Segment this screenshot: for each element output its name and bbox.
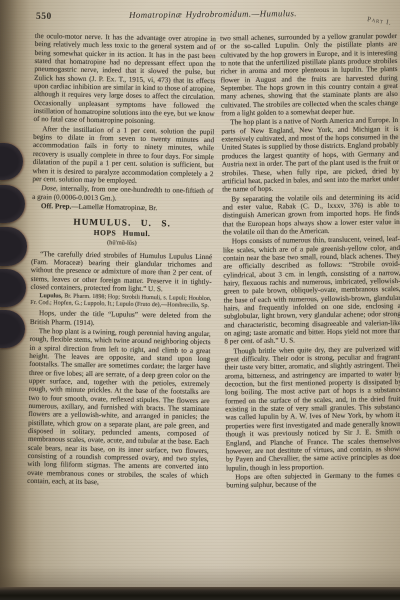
synonyms-label: Lupulus, — [39, 294, 62, 300]
paragraph-sulphur-fumes: Hops are often subjected in Germany to t… — [226, 471, 400, 490]
off-prep-text: —Lamellæ Homatropinæ, Br. — [71, 203, 157, 212]
book-page-photo: 550 Homatropinæ Hydrobromidum.—Humulus. … — [0, 0, 400, 600]
paragraph-instillation: After the instillation of a 1 per cent. … — [32, 125, 214, 187]
article-heading: HUMULUS. U. S. HOPS Humul. (hū'mū-lŭs) — [31, 217, 212, 250]
paragraph-dose: Dose, internally, from one one-hundredth… — [32, 184, 213, 204]
thumb-index-notch — [0, 310, 25, 348]
paragraph-synonyms: Lupulus, Br. Pharm. 1898; Hop; Strobili … — [30, 293, 211, 310]
paragraph-homatropine-effects: the oculo-motor nerve. It has the advant… — [33, 32, 216, 127]
right-text-column: two small achenes, surrounded by a yello… — [220, 32, 400, 491]
paragraph-native-regions: The hop plant is a native of North Ameri… — [221, 116, 399, 194]
paragraph-achenes-continuation: two small achenes, surrounded by a yello… — [220, 32, 398, 118]
article-pronunciation: (hū'mū-lŭs) — [31, 238, 212, 250]
thumb-index-notch — [0, 143, 23, 180]
paragraph-off-prep: Off. Prep.—Lamellæ Homatropinæ, Br. — [32, 202, 213, 214]
paragraph-rabak-ester: By separating the volatile oils and dete… — [222, 193, 400, 237]
dose-text: internally, from one one-hundredth to on… — [32, 185, 213, 202]
off-prep-label: Off. Prep. — [41, 202, 72, 211]
article-title: HUMULUS. U. S. — [32, 217, 213, 229]
thumb-index-notch — [0, 269, 26, 307]
page-number: 550 — [36, 12, 52, 22]
paragraph-official-description: Hops consists of numerous thin, transluc… — [223, 235, 400, 346]
running-head: Homatropinæ Hydrobromidum.—Humulus. — [60, 7, 366, 20]
dose-label: Dose, — [41, 184, 58, 192]
article-subtitle: HOPS Humul. — [31, 228, 212, 240]
paragraph-lupulin-history: Though brittle when quite dry, they are … — [224, 345, 400, 473]
thumb-index-notch — [0, 185, 25, 223]
part-label: Part I. — [367, 16, 393, 27]
paragraph-deleted-from-pharm: Hops, under the title “Lupulus” were del… — [30, 309, 211, 329]
thumb-index-notch — [0, 227, 27, 266]
paragraph-botany: The hop plant is a twining, rough perenn… — [27, 327, 211, 489]
book-edge-band — [0, 587, 400, 600]
paragraph-official-definition: “The carefully dried strobiles of Humulu… — [30, 250, 212, 295]
left-text-column: the oculo-motor nerve. It has the advant… — [27, 32, 216, 490]
